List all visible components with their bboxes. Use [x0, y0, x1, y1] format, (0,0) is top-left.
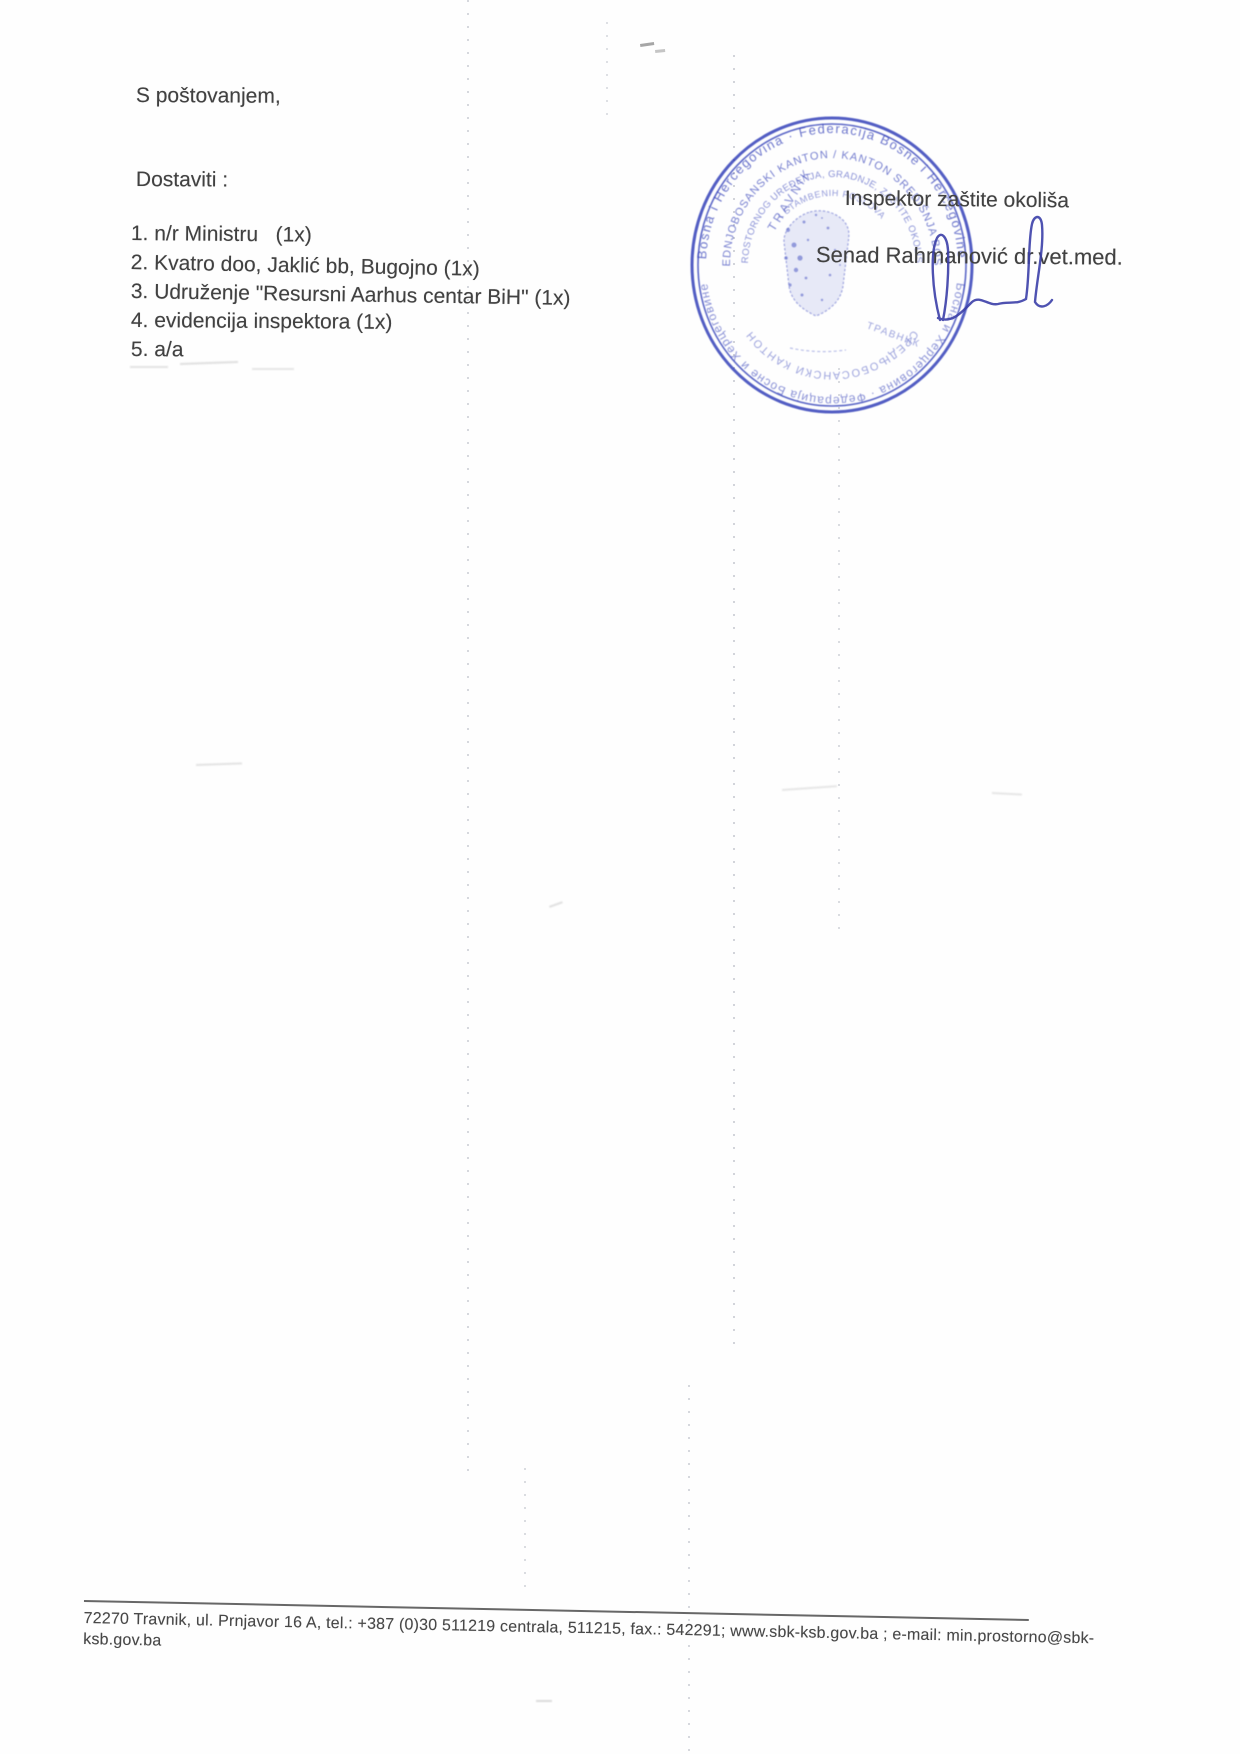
signature-ink — [900, 180, 1080, 340]
scan-artifact-line — [688, 1385, 690, 1754]
scan-smudge — [536, 1700, 552, 1702]
scanned-letter-page: Bosna i Hercegovina · Federacija Bosne i… — [0, 0, 1240, 1754]
list-item: 5. a/a — [131, 338, 184, 362]
scan-smudge — [180, 361, 238, 365]
stamp-coat-of-arms-icon — [784, 211, 849, 352]
scan-smudge — [549, 901, 563, 908]
scan-smudge — [640, 42, 654, 47]
scan-smudge — [130, 366, 168, 368]
distribution-heading: Dostaviti : — [136, 168, 228, 192]
scan-smudge — [655, 49, 665, 53]
list-item: 3. Udruženje "Resursni Aarhus centar BiH… — [131, 280, 571, 311]
footer: 72270 Travnik, ul. Prnjavor 16 A, tel.: … — [83, 1600, 1044, 1669]
scan-smudge — [992, 792, 1022, 796]
list-item: 2. Kvatro doo, Jaklić bb, Bugojno (1x) — [131, 251, 480, 282]
list-item: 1. n/r Ministru (1x) — [131, 222, 312, 248]
list-item: 4. evidencija inspektora (1x) — [131, 309, 393, 335]
scan-smudge — [782, 785, 837, 791]
closing-salutation: S poštovanjem, — [136, 84, 281, 109]
scan-smudge — [252, 368, 294, 370]
scan-smudge — [196, 762, 242, 766]
scan-artifact-line — [524, 1468, 526, 1598]
scan-artifact-line — [467, 0, 469, 1475]
scan-artifact-line — [606, 22, 608, 117]
scan-artifact-line — [838, 368, 840, 938]
